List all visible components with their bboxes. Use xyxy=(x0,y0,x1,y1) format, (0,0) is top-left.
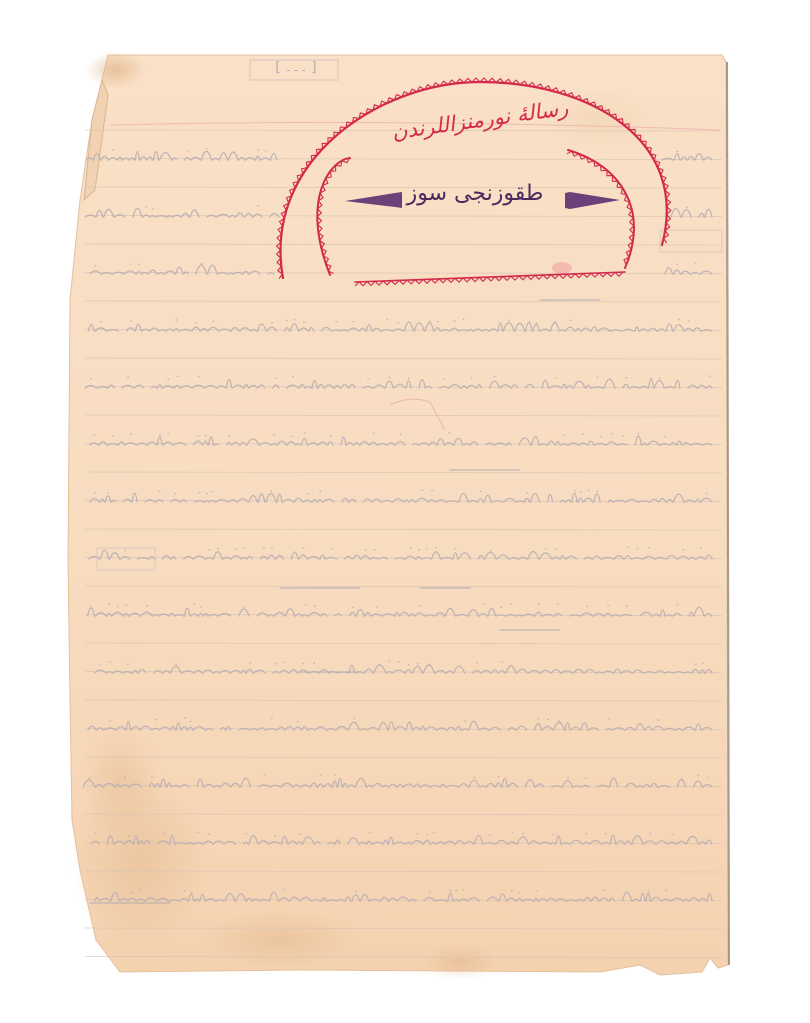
manuscript-scan: [ ۔۔۔ ] رسالهٔ نورمنزاللرندن طقوزنجی سوز xyxy=(0,0,810,1023)
paper-sheet xyxy=(0,0,810,1023)
bracket-note: [ ۔۔۔ ] xyxy=(246,60,346,75)
heading-chapter-title: طقوزنجی سوز xyxy=(400,181,550,206)
